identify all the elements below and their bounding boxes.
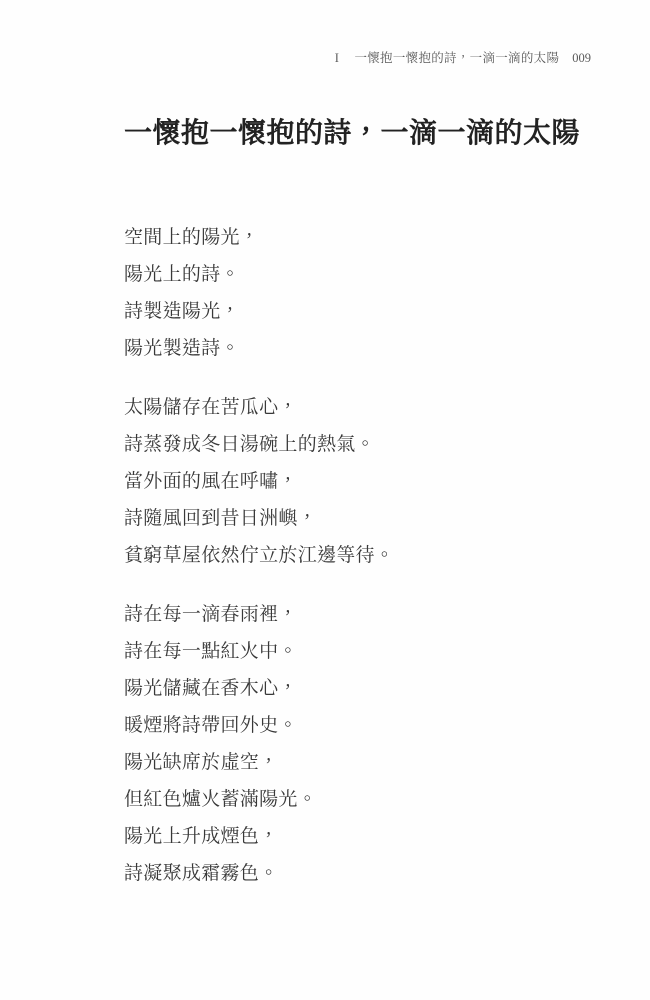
- poem-line: 貧窮草屋依然佇立於江邊等待。: [124, 537, 610, 574]
- stanza: 空間上的陽光，陽光上的詩。詩製造陽光，陽光製造詩。: [124, 219, 610, 367]
- poem-line: 詩在每一滴春雨裡，: [124, 596, 610, 633]
- poem-line: 但紅色爐火蓄滿陽光。: [124, 781, 610, 818]
- poem-line: 詩凝聚成霜霧色。: [124, 855, 610, 892]
- poem-line: 空間上的陽光，: [124, 219, 610, 256]
- stanza: 太陽儲存在苦瓜心，詩蒸發成冬日湯碗上的熱氣。當外面的風在呼嘯，詩隨風回到昔日洲嶼…: [124, 389, 610, 574]
- poem-line: 當外面的風在呼嘯，: [124, 463, 610, 500]
- running-head-title: 一懷抱一懷抱的詩，一滴一滴的太陽: [354, 51, 559, 66]
- poem-body: 空間上的陽光，陽光上的詩。詩製造陽光，陽光製造詩。太陽儲存在苦瓜心，詩蒸發成冬日…: [124, 219, 610, 892]
- poem-line: 詩製造陽光，: [124, 293, 610, 330]
- running-head: I 一懷抱一懷抱的詩，一滴一滴的太陽 009: [335, 51, 591, 66]
- poem-line: 陽光上升成煙色，: [124, 818, 610, 855]
- poem-line: 陽光儲藏在香木心，: [124, 670, 610, 707]
- poem-line: 暖煙將詩帶回外史。: [124, 707, 610, 744]
- poem-line: 陽光缺席於虛空，: [124, 744, 610, 781]
- poem-line: 詩隨風回到昔日洲嶼，: [124, 500, 610, 537]
- running-head-section-numeral: I: [335, 51, 340, 66]
- poem-line: 詩蒸發成冬日湯碗上的熱氣。: [124, 426, 610, 463]
- poem-title: 一懷抱一懷抱的詩，一滴一滴的太陽: [124, 117, 580, 151]
- poem-line: 陽光上的詩。: [124, 256, 610, 293]
- poem-line: 陽光製造詩。: [124, 330, 610, 367]
- stanza: 詩在每一滴春雨裡，詩在每一點紅火中。陽光儲藏在香木心，暖煙將詩帶回外史。陽光缺席…: [124, 596, 610, 892]
- poem-line: 詩在每一點紅火中。: [124, 633, 610, 670]
- book-page: I 一懷抱一懷抱的詩，一滴一滴的太陽 009 一懷抱一懷抱的詩，一滴一滴的太陽 …: [0, 0, 650, 1000]
- page-number: 009: [572, 51, 591, 66]
- poem-line: 太陽儲存在苦瓜心，: [124, 389, 610, 426]
